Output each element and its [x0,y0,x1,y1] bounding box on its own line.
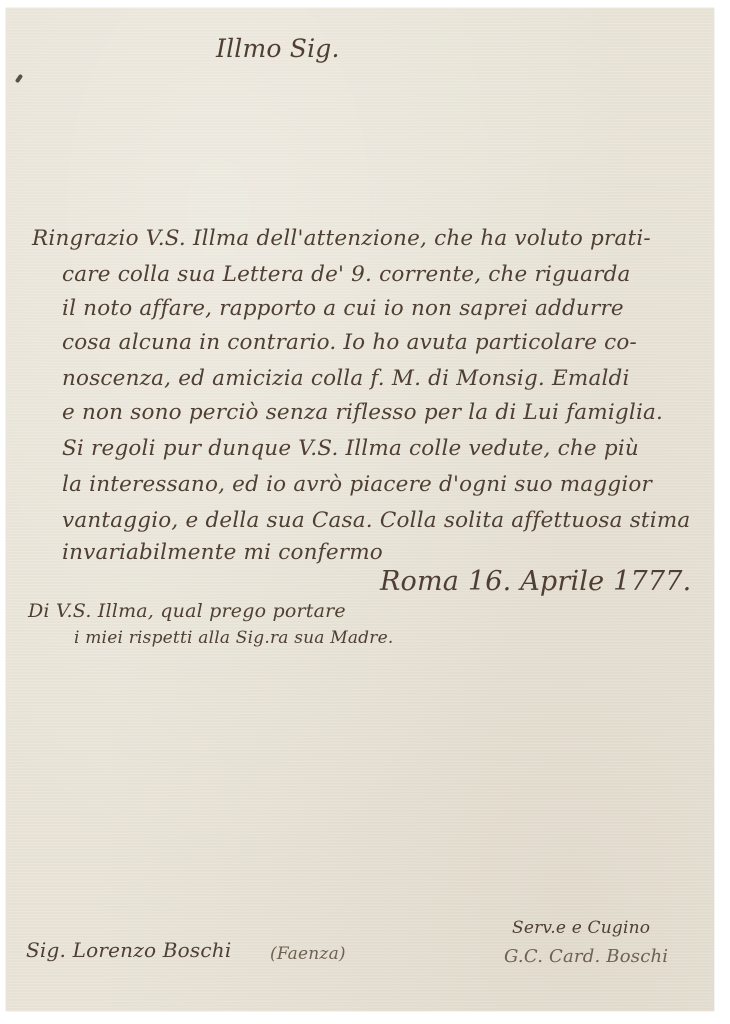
ink-speck [15,74,23,84]
body-line-9: vantaggio, e della sua Casa. Colla solit… [62,508,690,533]
body-line-8: la interessano, ed io avrò piacere d'ogn… [62,472,652,497]
salutation: Illmo Sig. [216,34,340,63]
body-line-5: noscenza, ed amicizia colla f. M. di Mon… [62,366,630,391]
addressee-place: (Faenza) [270,944,346,964]
addressee-name: Sig. Lorenzo Boschi [26,938,231,962]
signature: G.C. Card. Boschi [504,946,668,967]
postscript-line-1: Di V.S. Illma, qual prego portare [28,600,346,622]
body-line-4: cosa alcuna in contrario. Io ho avuta pa… [62,330,637,355]
postscript-line-2: i miei rispetti alla Sig.ra sua Madre. [74,628,393,648]
body-line-10: invariabilmente mi confermo [62,540,383,565]
body-line-7: Si regoli pur dunque V.S. Illma colle ve… [62,436,639,461]
body-line-2: care colla sua Lettera de' 9. corrente, … [62,262,631,287]
closing-line-1: Serv.e e Cugino [512,918,650,938]
body-line-1: Ringrazio V.S. Illma dell'attenzione, ch… [32,226,651,251]
body-line-3: il noto affare, rapporto a cui io non sa… [62,296,624,321]
body-line-6: e non sono perciò senza riflesso per la … [62,400,663,425]
date-line: Roma 16. Aprile 1777. [380,566,691,597]
